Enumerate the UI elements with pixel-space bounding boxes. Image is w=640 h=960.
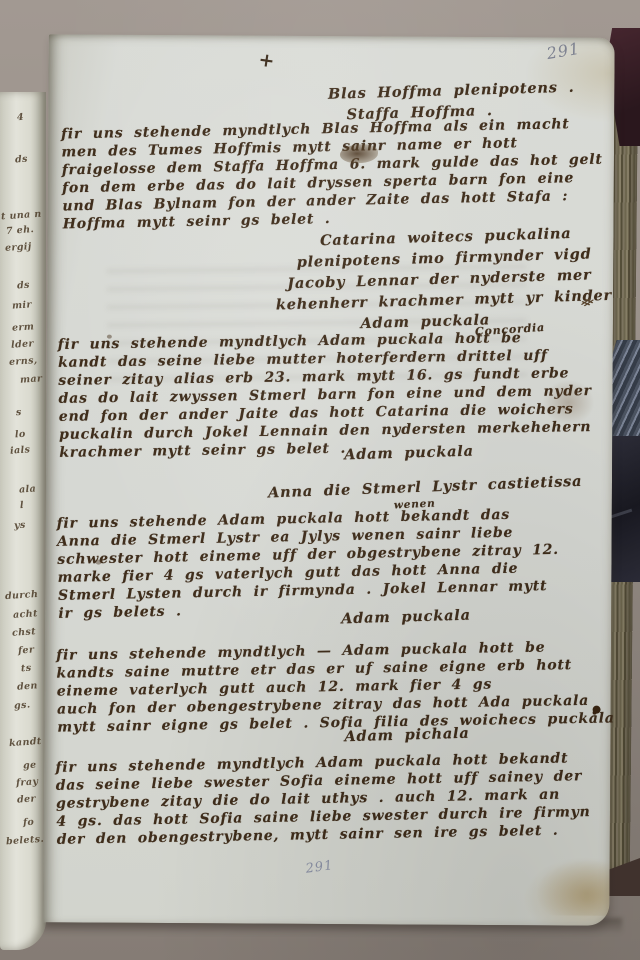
signature-paragraph-3: Adam puckala: [341, 607, 471, 628]
ink-dot: [593, 706, 601, 714]
paragraph-3: fir uns stehende Adam puckala hott bekan…: [56, 505, 560, 623]
margin-fragment: fray: [15, 776, 38, 789]
margin-fragment: t una n: [1, 209, 42, 223]
heading-catarina: Catarina woitecs puckalinaplenipotens im…: [274, 222, 613, 337]
margin-fragment: acht: [13, 608, 39, 621]
margin-fragment: chst: [12, 626, 37, 639]
margin-fragment: fo: [22, 817, 34, 829]
margin-fragment: erm: [11, 321, 34, 334]
margin-fragment: belets.: [5, 834, 44, 848]
margin-fragment: den: [17, 680, 39, 692]
margin-fragment: ds: [17, 280, 31, 292]
margin-fragment: gs.: [13, 699, 30, 711]
margin-fragment-list: 4dst una n7 eh.ergijdsmirermldererns,mar…: [0, 92, 46, 950]
paragraph-2: fir uns stehende myndtlych Adam puckala …: [58, 328, 593, 462]
paragraph-5: fir uns stehende myndtlych Adam puckala …: [55, 749, 591, 849]
paper-speck: [107, 335, 112, 339]
manuscript-page: + 291 Blas Hoffma plenipotens .Staffa Ho…: [43, 34, 614, 925]
invocation-cross-mark: +: [257, 49, 276, 73]
folio-number-bottom: 291: [305, 858, 335, 877]
margin-fragment: 4: [17, 112, 25, 123]
paragraph-4: fir uns stehende myndtlych — Adam puckal…: [56, 637, 615, 736]
margin-fragment: lder: [11, 338, 35, 351]
margin-fragment: ge: [22, 760, 36, 772]
margin-fragment: s: [16, 407, 23, 418]
paper-speck: [95, 560, 101, 565]
manuscript-photo: 4dst una n7 eh.ergijdsmirermldererns,mar…: [0, 0, 640, 960]
folio-number-top: 291: [545, 39, 581, 63]
paragraph-1: fir uns stehende myndtlych Blas Hoffma a…: [61, 115, 604, 234]
margin-fragment: erns,: [9, 355, 38, 368]
margin-fragment: fer: [17, 644, 34, 656]
facing-page-edge: 4dst una n7 eh.ergijdsmirermldererns,mar…: [0, 92, 46, 950]
margin-fragment: kandt: [9, 736, 42, 749]
margin-fragment: ts: [21, 663, 32, 675]
margin-fragment: ergij: [5, 241, 32, 254]
signature-paragraph-4: Adam pichala: [344, 725, 470, 746]
margin-fragment: ials: [9, 444, 30, 456]
margin-fragment: ds: [15, 154, 29, 166]
signature-paragraph-2: Adam puckala: [344, 443, 474, 464]
corner-stain: [535, 859, 609, 915]
margin-fragment: ala: [19, 483, 37, 495]
margin-fragment: l: [20, 500, 25, 511]
margin-fragment: mar: [19, 373, 42, 386]
margin-fragment: mir: [12, 299, 33, 311]
ink-smudge: [542, 379, 594, 425]
margin-fragment: durch: [4, 589, 38, 602]
margin-fragment: lo: [15, 429, 26, 441]
margin-fragment: der: [17, 793, 37, 805]
margin-fragment: 7 eh.: [5, 224, 34, 237]
margin-fragment: ys: [14, 520, 26, 532]
